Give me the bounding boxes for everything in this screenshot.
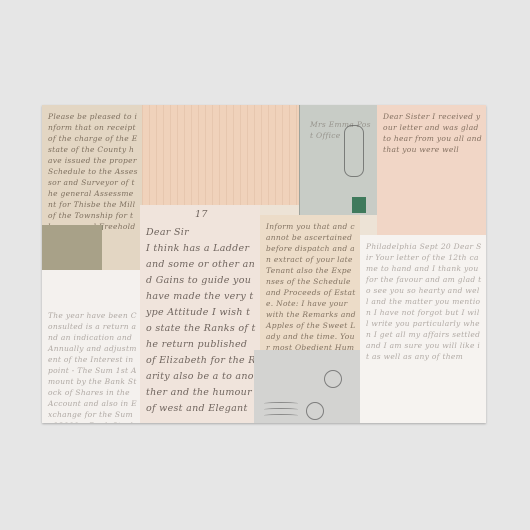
letters-collage-card: Please be pleased to inform that on rece… <box>42 105 486 423</box>
salutation: Dear Sir <box>146 225 256 241</box>
cancellation-wave-icon <box>264 414 298 417</box>
envelope-top: Mrs Emma Post Office <box>299 105 378 215</box>
postage-stamp <box>352 197 366 213</box>
letter-top-right: Dear Sister I received your letter and w… <box>377 105 486 235</box>
letter-bottom-left: The year have been Consulted is a return… <box>42 270 142 423</box>
letter-top-left: Please be pleased to inform that on rece… <box>42 105 142 230</box>
letter-bottom-right: Philadelphia Sept 20 Dear Sir Your lette… <box>360 235 486 423</box>
handwriting: Philadelphia Sept 20 Dear Sir Your lette… <box>366 241 482 362</box>
letter-center: Inform you that and cannot be ascertaine… <box>260 215 360 360</box>
envelope-bottom <box>254 350 362 423</box>
page-number: 17 <box>195 207 256 223</box>
handwriting: Dear Sister I received your letter and w… <box>383 111 482 155</box>
envelope-address: Mrs Emma Post Office <box>310 119 374 141</box>
cancellation-wave-icon <box>264 402 298 405</box>
letter-dear-sir: 17 Dear Sir I think has a Ladder and som… <box>140 205 260 423</box>
postmark-icon <box>324 370 342 388</box>
cancellation-wave-icon <box>264 408 298 411</box>
postmark-icon <box>306 402 324 420</box>
handwriting: Please be pleased to inform that on rece… <box>48 111 138 230</box>
postmark-icon <box>344 125 364 177</box>
letter-strip <box>102 230 142 270</box>
letter-top-center <box>142 105 299 205</box>
handwriting: Inform you that and cannot be ascertaine… <box>266 221 356 360</box>
handwriting: I think has a Ladder and some or other a… <box>146 241 256 417</box>
handwriting: The year have been Consulted is a return… <box>48 310 138 423</box>
